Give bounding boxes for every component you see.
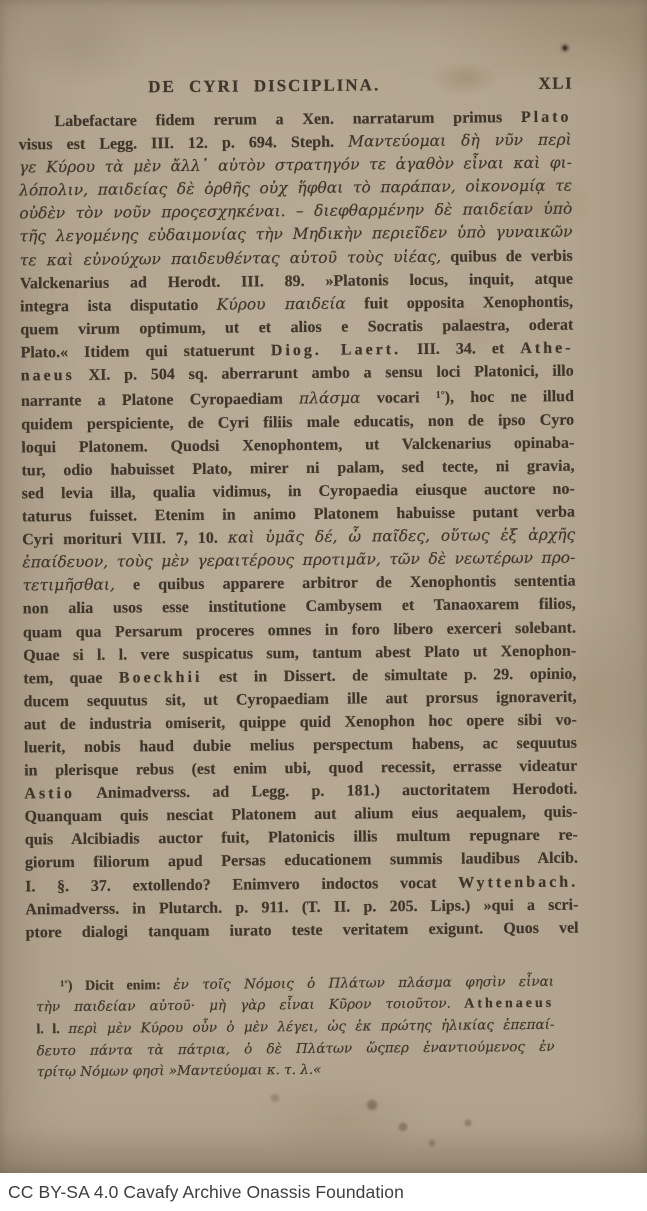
text-line: ptore dialogi tanquam iurato teste verit… <box>25 916 578 944</box>
page-content: DE CYRI DISCIPLINA. XLI Labefactare fide… <box>0 0 647 1176</box>
license-bar: CC BY-SA 4.0 Cavafy Archive Onassis Foun… <box>0 1173 647 1211</box>
footnote-line: τρίτῳ Νόμων φησὶ »Μαντεύομαι κ. τ. λ.« <box>37 1058 555 1084</box>
body-text: Labefactare fidem rerum a Xen. narrataru… <box>18 106 578 945</box>
page-number: XLI <box>538 74 573 94</box>
paper-background: DE CYRI DISCIPLINA. XLI Labefactare fide… <box>0 0 647 1173</box>
license-text: CC BY-SA 4.0 Cavafy Archive Onassis Foun… <box>0 1182 404 1203</box>
running-title: DE CYRI DISCIPLINA. <box>148 75 380 97</box>
book-page-scan: DE CYRI DISCIPLINA. XLI Labefactare fide… <box>0 0 647 1211</box>
footnote: 1°) Dicit enim: ἐν τοῖς Νόμοις ὁ Πλάτων … <box>36 969 555 1084</box>
